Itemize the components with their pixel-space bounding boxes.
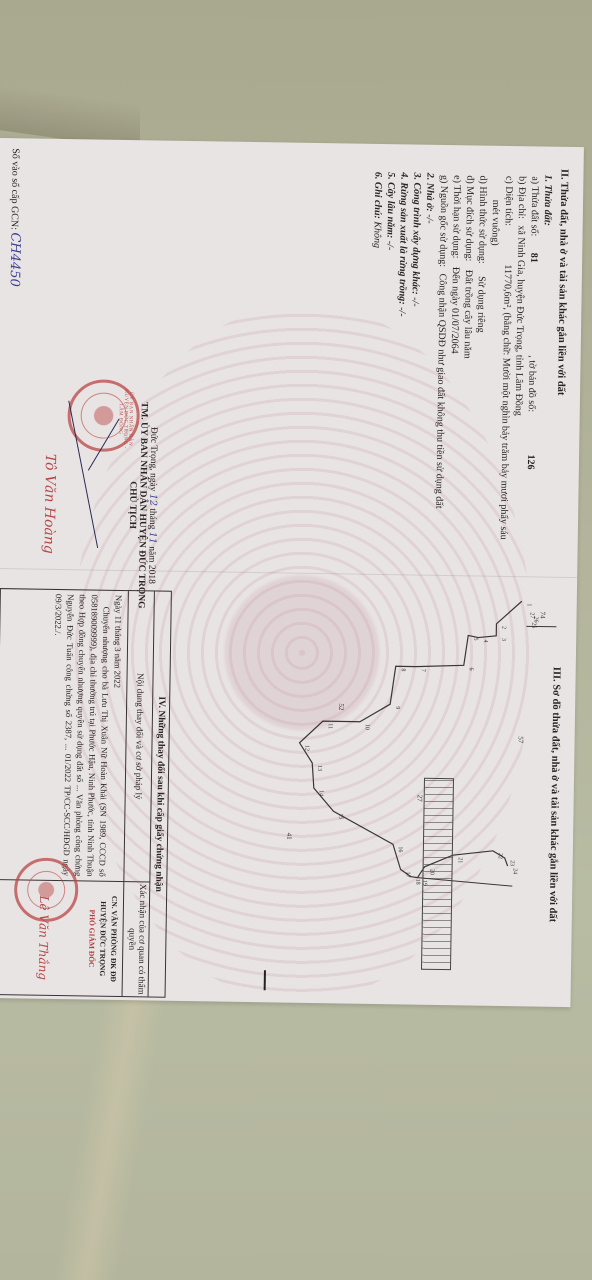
parcel-polygon [231, 592, 557, 997]
north-arrow-icon [264, 970, 266, 990]
map-sheet-number: 126 [525, 454, 536, 469]
vertex-label: 16 [397, 846, 403, 852]
surface-texture [40, 1000, 200, 1280]
item-note: 6. Ghi chú: Không [371, 172, 383, 248]
vertex-label: 24 [512, 868, 518, 874]
neighbor-parcel-number: 52 [337, 703, 345, 710]
vertex-label: 11 [327, 723, 333, 729]
vertex-label: 23 [509, 860, 515, 866]
parcel-diagram: 1234567891011121314151617181920212223242… [251, 592, 557, 997]
vertex-label: 18 [414, 879, 420, 885]
vertex-label: 9 [394, 706, 400, 709]
item-other-construction: 3. Công trình xây dựng khác: -/- [409, 172, 422, 306]
item-house: 2. Nhà ở: -/- [424, 173, 436, 224]
neighbor-parcel-number: 27 [416, 795, 424, 802]
parcel-row: a) Thửa đất số: 81 , tờ bản đồ số: 126 [525, 176, 541, 469]
neighbor-parcel-number: 57 [517, 736, 525, 743]
vertex-label: 15 [337, 813, 343, 819]
origin-value: Công nhận QSDĐ như giao đất không thu ti… [433, 273, 448, 508]
term-row: e) Thời hạn sử dụng: Đến ngày 01/07/2064 [449, 175, 463, 354]
vertex-label: 10 [364, 724, 370, 730]
vertex-label: 4 [482, 640, 488, 643]
vertex-label: 21 [457, 857, 463, 863]
term-label: e) Thời hạn sử dụng: [450, 175, 462, 258]
vertex-label: 2 [500, 626, 506, 629]
address-value: xã Ninh Gia, huyện Đức Trọng, tỉnh Lâm Đ… [513, 225, 527, 416]
vertex-label: 25 [530, 622, 536, 628]
vertex-label: 17 [404, 871, 410, 877]
sign-month: 11 [147, 532, 158, 544]
vertex-label: 14 [318, 790, 324, 796]
land-heading: 1. Thửa đất: [542, 175, 554, 226]
change-entry: Ngày 11 tháng 3 năm 2022 Chuyển nhượng c… [48, 594, 124, 877]
certificate-content: II. Thửa đất, nhà ở và tài sản khác gắn … [0, 138, 584, 1007]
sign-day: 12 [147, 494, 158, 506]
vertex-label: 1 [526, 603, 532, 606]
page-right: III. Sơ đồ thửa đất, nhà ở và tài sản kh… [0, 568, 577, 1007]
vertex-label: 13 [316, 765, 322, 771]
vertex-label: 7 [420, 669, 426, 672]
registry-label: Số vào sổ cấp GCN: [9, 148, 21, 230]
col-header-content: Nội dung thay đổi và cơ sở pháp lý [123, 591, 155, 881]
registry-number: Số vào sổ cấp GCN: CH4450 [7, 148, 24, 287]
parcel-number: 81 [528, 253, 539, 263]
change-text: Chuyển nhượng cho bà Lưu Thị Xuân Nữ Hoà… [48, 594, 112, 877]
area-value: 11770,6m², (bằng chữ: Mười một nghìn bảy… [498, 264, 513, 539]
vertex-label: 6 [468, 667, 474, 670]
section-ii-title: II. Thửa đất, nhà ở và tài sản khác gắn … [555, 169, 570, 396]
neighbor-parcel-number: 74 [539, 612, 547, 619]
vertex-label: 27 [529, 612, 535, 618]
purpose-value: Đất trồng cây lâu năm [462, 270, 474, 359]
vertex-label: 8 [400, 668, 406, 671]
vertex-label: 3 [500, 638, 506, 641]
parcel-label: a) Thửa đất số: [529, 176, 541, 236]
registry-value: CH4450 [7, 232, 23, 287]
vertex-label: 12 [303, 745, 309, 751]
col-header-confirm: Xác nhận của cơ quan có thẩm quyền [122, 882, 151, 996]
map-sheet-label: , tờ bản đồ số: [526, 355, 538, 412]
address-label: b) Địa chỉ: [516, 176, 528, 219]
address-row: b) Địa chỉ: xã Ninh Gia, huyện Đức Trọng… [513, 176, 528, 416]
item-forest: 4. Rừng sản xuất là rừng trồng: -/- [396, 172, 409, 316]
area-value-cont: mét vuông) [489, 200, 501, 246]
item-perennial: 5. Cây lâu năm: -/- [384, 172, 396, 250]
neighbor-parcel-number: 41 [285, 833, 293, 840]
confirm-org: CN. VĂN PHÒNG ĐK ĐĐ HUYỆN ĐỨC TRỌNG [97, 886, 121, 992]
origin-row: g) Nguồn gốc sử dụng: Công nhận QSDĐ như… [433, 175, 449, 509]
coordinate-table [421, 778, 454, 970]
area-label: c) Diện tích: [503, 176, 515, 226]
changes-table: IV. Những thay đổi sau khi cấp giấy chứn… [0, 588, 172, 998]
use-form-value: Sử dụng riêng [475, 276, 487, 333]
use-form-label: d) Hình thức sử dụng: [476, 176, 488, 264]
vertex-label: 5 [472, 637, 478, 640]
purpose-row: đ) Mục đích sử dụng: Đất trồng cây lâu n… [462, 175, 476, 358]
certificate-sheet: II. Thửa đất, nhà ở và tài sản khác gắn … [0, 138, 584, 1007]
purpose-label: đ) Mục đích sử dụng: [463, 175, 475, 261]
origin-label: g) Nguồn gốc sử dụng: [437, 175, 449, 267]
use-form-row: d) Hình thức sử dụng: Sử dụng riêng [475, 176, 488, 333]
term-value: Đến ngày 01/07/2064 [449, 267, 461, 354]
vertex-label: 22 [497, 853, 503, 859]
page-left: II. Thửa đất, nhà ở và tài sản khác gắn … [0, 138, 584, 577]
